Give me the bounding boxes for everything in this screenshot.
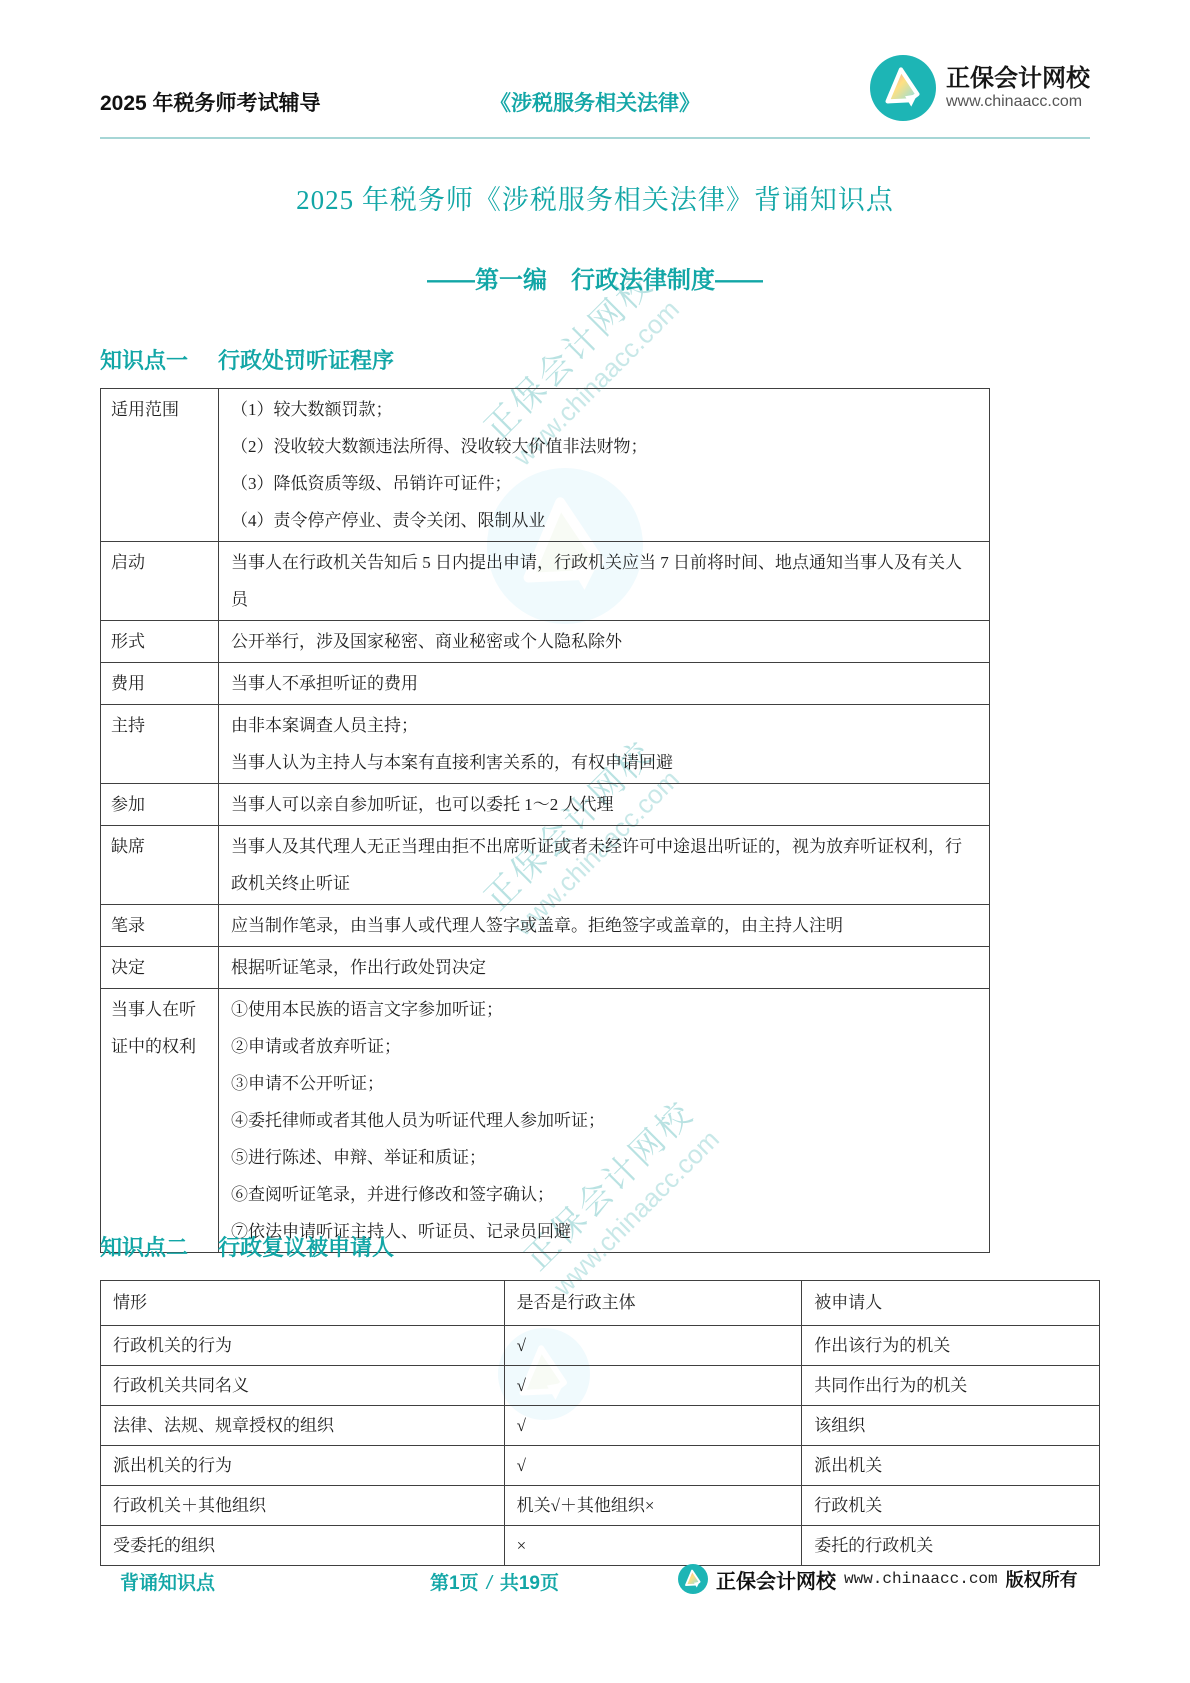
column-header: 被申请人 xyxy=(802,1281,1100,1326)
table-row: 派出机关的行为√派出机关 xyxy=(101,1446,1100,1486)
section2-heading: 知识点二行政复议被申请人 xyxy=(100,1231,394,1262)
header-divider xyxy=(100,137,1090,139)
table-cell: 作出该行为的机关 xyxy=(802,1326,1100,1366)
respondent-table-head: 情形是否是行政主体被申请人 xyxy=(101,1281,1100,1326)
row-content: 当事人可以亲自参加听证，也可以委托 1～2 人代理 xyxy=(219,784,990,826)
content-line: 当事人可以亲自参加听证，也可以委托 1～2 人代理 xyxy=(231,786,977,823)
table-cell: 行政机关＋其他组织 xyxy=(101,1486,505,1526)
table-row: 行政机关共同名义√共同作出行为的机关 xyxy=(101,1366,1100,1406)
content-line: 当事人认为主持人与本案有直接利害关系的，有权申请回避 xyxy=(231,744,977,781)
table-cell: 行政机关共同名义 xyxy=(101,1366,505,1406)
content-line: ⑤进行陈述、申辩、举证和质证； xyxy=(231,1139,977,1176)
table-cell: 法律、法规、规章授权的组织 xyxy=(101,1406,505,1446)
table-row: 费用当事人不承担听证的费用 xyxy=(101,663,990,705)
table-row: 行政机关的行为√作出该行为的机关 xyxy=(101,1326,1100,1366)
content-line: 当事人不承担听证的费用 xyxy=(231,665,977,702)
row-content: 应当制作笔录，由当事人或代理人签字或盖章。拒绝签字或盖章的，由主持人注明 xyxy=(219,905,990,947)
footer-brand-url: www.chinaacc.com xyxy=(844,1570,998,1588)
row-label: 启动 xyxy=(101,542,219,621)
column-header: 是否是行政主体 xyxy=(504,1281,802,1326)
page-number: 第1页/共19页 xyxy=(430,1568,559,1595)
table-cell: √ xyxy=(504,1366,802,1406)
header-row: 情形是否是行政主体被申请人 xyxy=(101,1281,1100,1326)
page-current: 第1页 xyxy=(430,1573,479,1594)
footer-doc-label: 背诵知识点 xyxy=(120,1568,215,1595)
section1-heading: 知识点一行政处罚听证程序 xyxy=(100,344,394,375)
document-page: 正保会计网校 www.chinaacc.com 正保会计网校 www.china… xyxy=(0,0,1190,1683)
row-content: 当事人不承担听证的费用 xyxy=(219,663,990,705)
content-line: （4）责令停产停业、责令关闭、限制从业 xyxy=(231,502,977,539)
respondent-table: 情形是否是行政主体被申请人 行政机关的行为√作出该行为的机关行政机关共同名义√共… xyxy=(100,1280,1100,1566)
content-line: ③申请不公开听证； xyxy=(231,1065,977,1102)
header-brand: 正保会计网校 www.chinaacc.com xyxy=(870,55,1090,121)
table-cell: 派出机关 xyxy=(802,1446,1100,1486)
content-line: 公开举行，涉及国家秘密、商业秘密或个人隐私除外 xyxy=(231,623,977,660)
table-row: 行政机关＋其他组织机关√＋其他组织×行政机关 xyxy=(101,1486,1100,1526)
section1-name: 行政处罚听证程序 xyxy=(218,348,394,373)
section2-name: 行政复议被申请人 xyxy=(218,1235,394,1260)
chinaacc-logo-icon xyxy=(678,1564,708,1594)
row-content: 当事人在行政机关告知后 5 日内提出申请，行政机关应当 7 日前将时间、地点通知… xyxy=(219,542,990,621)
table-row: 法律、法规、规章授权的组织√该组织 xyxy=(101,1406,1100,1446)
page-header: 2025 年税务师考试辅导 《涉税服务相关法律》 正保会计网校 www.chin… xyxy=(100,55,1090,135)
section1-number: 知识点一 xyxy=(100,348,188,373)
row-label: 形式 xyxy=(101,621,219,663)
content-line: （2）没收较大数额违法所得、没收较大价值非法财物； xyxy=(231,428,977,465)
footer-copyright: 版权所有 xyxy=(1006,1566,1078,1592)
row-content: 由非本案调查人员主持；当事人认为主持人与本案有直接利害关系的，有权申请回避 xyxy=(219,705,990,784)
content-line: ④委托律师或者其他人员为听证代理人参加听证； xyxy=(231,1102,977,1139)
respondent-table-body: 行政机关的行为√作出该行为的机关行政机关共同名义√共同作出行为的机关法律、法规、… xyxy=(101,1326,1100,1566)
table-cell: √ xyxy=(504,1446,802,1486)
hearing-procedure-table: 适用范围（1）较大数额罚款；（2）没收较大数额违法所得、没收较大价值非法财物；（… xyxy=(100,388,990,1253)
table-row: 笔录应当制作笔录，由当事人或代理人签字或盖章。拒绝签字或盖章的，由主持人注明 xyxy=(101,905,990,947)
row-content: ①使用本民族的语言文字参加听证；②申请或者放弃听证；③申请不公开听证；④委托律师… xyxy=(219,989,990,1253)
table-cell: 该组织 xyxy=(802,1406,1100,1446)
content-line: （3）降低资质等级、吊销许可证件； xyxy=(231,465,977,502)
table-row: 主持由非本案调查人员主持；当事人认为主持人与本案有直接利害关系的，有权申请回避 xyxy=(101,705,990,784)
content-line: （1）较大数额罚款； xyxy=(231,391,977,428)
table-cell: 行政机关的行为 xyxy=(101,1326,505,1366)
table-row: 启动当事人在行政机关告知后 5 日内提出申请，行政机关应当 7 日前将时间、地点… xyxy=(101,542,990,621)
section2-number: 知识点二 xyxy=(100,1235,188,1260)
part-heading: ——第一编 行政法律制度—— xyxy=(0,260,1190,295)
table-cell: 行政机关 xyxy=(802,1486,1100,1526)
row-content: 公开举行，涉及国家秘密、商业秘密或个人隐私除外 xyxy=(219,621,990,663)
page-total: 共19页 xyxy=(500,1573,559,1594)
content-line: ⑥查阅听证笔录，并进行修改和签字确认； xyxy=(231,1176,977,1213)
row-label: 主持 xyxy=(101,705,219,784)
content-line: 当事人在行政机关告知后 5 日内提出申请，行政机关应当 7 日前将时间、地点通知… xyxy=(231,544,977,618)
table-row: 形式公开举行，涉及国家秘密、商业秘密或个人隐私除外 xyxy=(101,621,990,663)
row-label: 当事人在听证中的权利 xyxy=(101,989,219,1253)
table-row: 适用范围（1）较大数额罚款；（2）没收较大数额违法所得、没收较大价值非法财物；（… xyxy=(101,389,990,542)
document-title: 2025 年税务师《涉税服务相关法律》背诵知识点 xyxy=(0,178,1190,217)
hearing-procedure-table-body: 适用范围（1）较大数额罚款；（2）没收较大数额违法所得、没收较大价值非法财物；（… xyxy=(101,389,990,1253)
content-line: 由非本案调查人员主持； xyxy=(231,707,977,744)
row-label: 费用 xyxy=(101,663,219,705)
row-content: 根据听证笔录，作出行政处罚决定 xyxy=(219,947,990,989)
content-line: 应当制作笔录，由当事人或代理人签字或盖章。拒绝签字或盖章的，由主持人注明 xyxy=(231,907,977,944)
table-cell: 派出机关的行为 xyxy=(101,1446,505,1486)
content-line: ②申请或者放弃听证； xyxy=(231,1028,977,1065)
brand-name: 正保会计网校 xyxy=(946,65,1090,93)
row-content: 当事人及其代理人无正当理由拒不出席听证或者未经许可中途退出听证的，视为放弃听证权… xyxy=(219,826,990,905)
table-cell: √ xyxy=(504,1406,802,1446)
column-header: 情形 xyxy=(101,1281,505,1326)
chinaacc-logo-icon xyxy=(870,55,936,121)
brand-text: 正保会计网校 www.chinaacc.com xyxy=(946,65,1090,111)
table-row: 决定根据听证笔录，作出行政处罚决定 xyxy=(101,947,990,989)
row-label: 缺席 xyxy=(101,826,219,905)
table-cell: 机关√＋其他组织× xyxy=(504,1486,802,1526)
row-label: 适用范围 xyxy=(101,389,219,542)
content-line: 当事人及其代理人无正当理由拒不出席听证或者未经许可中途退出听证的，视为放弃听证权… xyxy=(231,828,977,902)
row-label: 笔录 xyxy=(101,905,219,947)
page-footer: 背诵知识点 第1页/共19页 正保会计网校 www.chinaacc.com 版… xyxy=(0,1560,1190,1608)
table-row: 当事人在听证中的权利①使用本民族的语言文字参加听证；②申请或者放弃听证；③申请不… xyxy=(101,989,990,1253)
brand-url: www.chinaacc.com xyxy=(946,93,1090,111)
table-row: 参加当事人可以亲自参加听证，也可以委托 1～2 人代理 xyxy=(101,784,990,826)
footer-brand-name: 正保会计网校 xyxy=(716,1565,836,1594)
content-line: ①使用本民族的语言文字参加听证； xyxy=(231,991,977,1028)
table-cell: 共同作出行为的机关 xyxy=(802,1366,1100,1406)
table-row: 缺席当事人及其代理人无正当理由拒不出席听证或者未经许可中途退出听证的，视为放弃听… xyxy=(101,826,990,905)
table-cell: √ xyxy=(504,1326,802,1366)
page-separator: / xyxy=(479,1573,500,1594)
row-label: 决定 xyxy=(101,947,219,989)
content-line: 根据听证笔录，作出行政处罚决定 xyxy=(231,949,977,986)
footer-copyright-block: 正保会计网校 www.chinaacc.com 版权所有 xyxy=(678,1564,1078,1594)
row-label: 参加 xyxy=(101,784,219,826)
row-content: （1）较大数额罚款；（2）没收较大数额违法所得、没收较大价值非法财物；（3）降低… xyxy=(219,389,990,542)
